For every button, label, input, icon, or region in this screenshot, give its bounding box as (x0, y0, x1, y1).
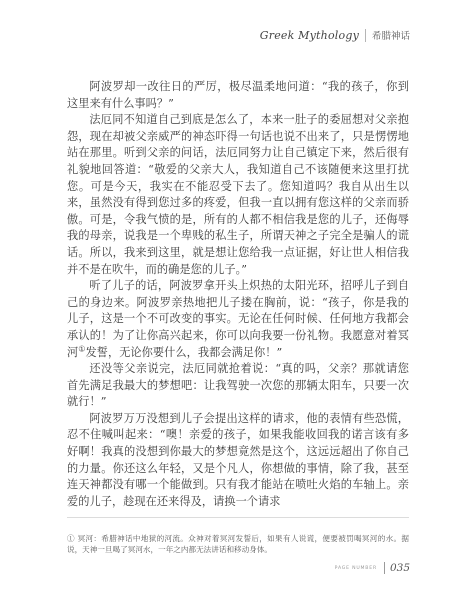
footer-separator (384, 562, 385, 574)
footnote: ① 冥河：希腊神话中地狱的河流。众神对着冥河发誓后，如果有人说谎，便要被罚喝冥河… (67, 533, 409, 555)
page-footer: PAGE NUMBER 035 (335, 561, 410, 575)
paragraph: 听了儿子的话，阿波罗拿开头上炽热的太阳光环，招呼儿子到自己的身边来。阿波罗亲热地… (67, 278, 409, 361)
running-header: Greek Mythology 希腊神话 (260, 26, 410, 44)
page-number-label: PAGE NUMBER (335, 566, 377, 571)
paragraph: 阿波罗万万没想到儿子会提出这样的请求，他的表情有些恐慌，忍不住喊叫起来：“噢！亲… (67, 411, 409, 511)
paragraph: 法厄同不知道自己到底是怎么了，本来一肚子的委屈想对父亲抱怨，现在却被父亲威严的神… (67, 112, 409, 278)
footnote-divider (67, 517, 409, 518)
paragraph: 阿波罗却一改往日的严厉，极尽温柔地问道：“我的孩子，你到这里来有什么事吗？” (67, 79, 409, 112)
paragraph: 还没等父亲说完，法厄同就抢着说：“真的吗，父亲？那就请您首先满足我最大的梦想吧：… (67, 361, 409, 411)
paragraph-text: 发誓，无论你要什么，我都会满足你！” (85, 346, 282, 359)
header-title-chinese: 希腊神话 (372, 28, 410, 42)
body-text: 阿波罗却一改往日的严厉，极尽温柔地问道：“我的孩子，你到这里来有什么事吗？” 法… (67, 79, 409, 510)
page-number: 035 (390, 562, 410, 574)
header-title-english: Greek Mythology (260, 29, 359, 42)
header-separator (365, 29, 366, 42)
